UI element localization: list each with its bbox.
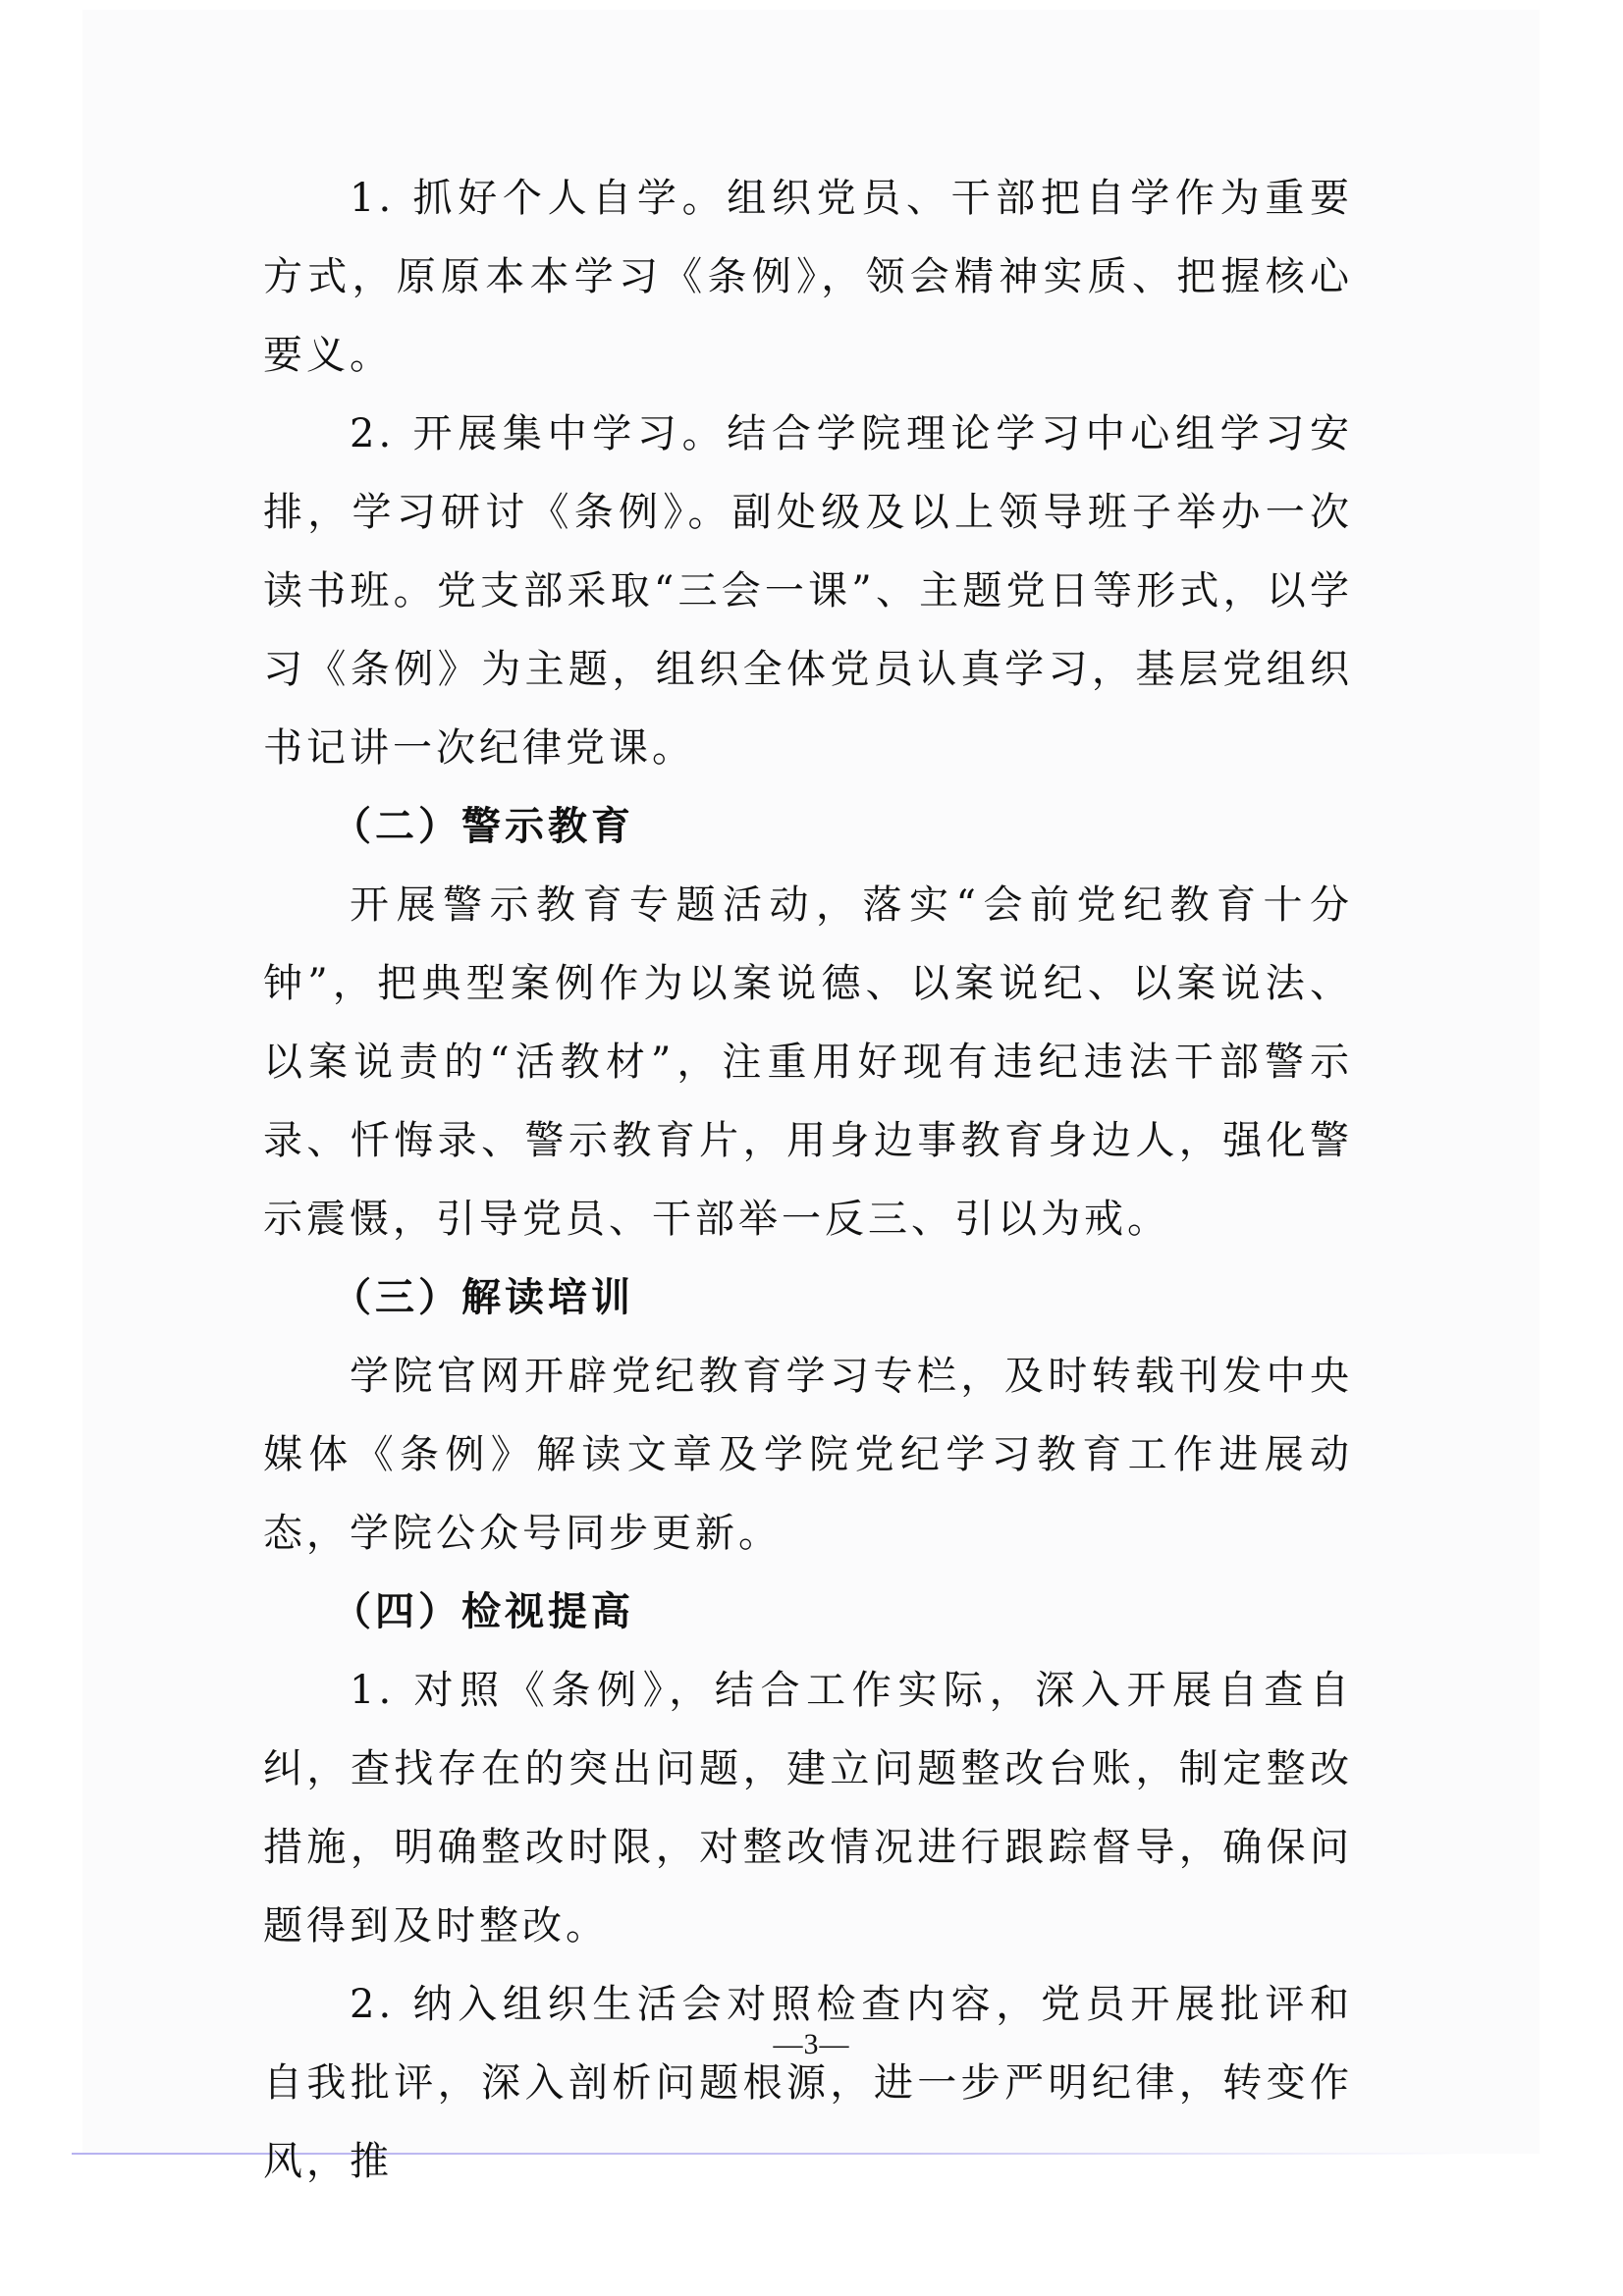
paragraph-self-study: 1. 抓好个人自学。组织党员、干部把自学作为重要方式，原原本本学习《条例》，领会… bbox=[263, 159, 1353, 395]
section-heading-interpretation-training: （三）解读培训 bbox=[263, 1258, 1353, 1337]
page-number: —3— bbox=[0, 2028, 1623, 2061]
section-heading-warning-education: （二）警示教育 bbox=[263, 787, 1353, 866]
paragraph-group-study: 2. 开展集中学习。结合学院理论学习中心组学习安排，学习研讨《条例》。副处级及以… bbox=[263, 395, 1353, 787]
section-heading-review-improve: （四）检视提高 bbox=[263, 1573, 1353, 1651]
paragraph-warning-education: 开展警示教育专题活动，落实“会前党纪教育十分钟”，把典型案例作为以案说德、以案说… bbox=[263, 866, 1353, 1258]
document-body: 1. 抓好个人自学。组织党员、干部把自学作为重要方式，原原本本学习《条例》，领会… bbox=[263, 159, 1353, 2201]
paragraph-self-inspection: 1. 对照《条例》，结合工作实际，深入开展自查自纠，查找存在的突出问题，建立问题… bbox=[263, 1651, 1353, 1965]
paragraph-interpretation-training: 学院官网开辟党纪教育学习专栏，及时转载刊发中央媒体《条例》解读文章及学院党纪学习… bbox=[263, 1337, 1353, 1573]
paragraph-organizational-life: 2. 纳入组织生活会对照检查内容，党员开展批评和自我批评，深入剖析问题根源，进一… bbox=[263, 1965, 1353, 2201]
